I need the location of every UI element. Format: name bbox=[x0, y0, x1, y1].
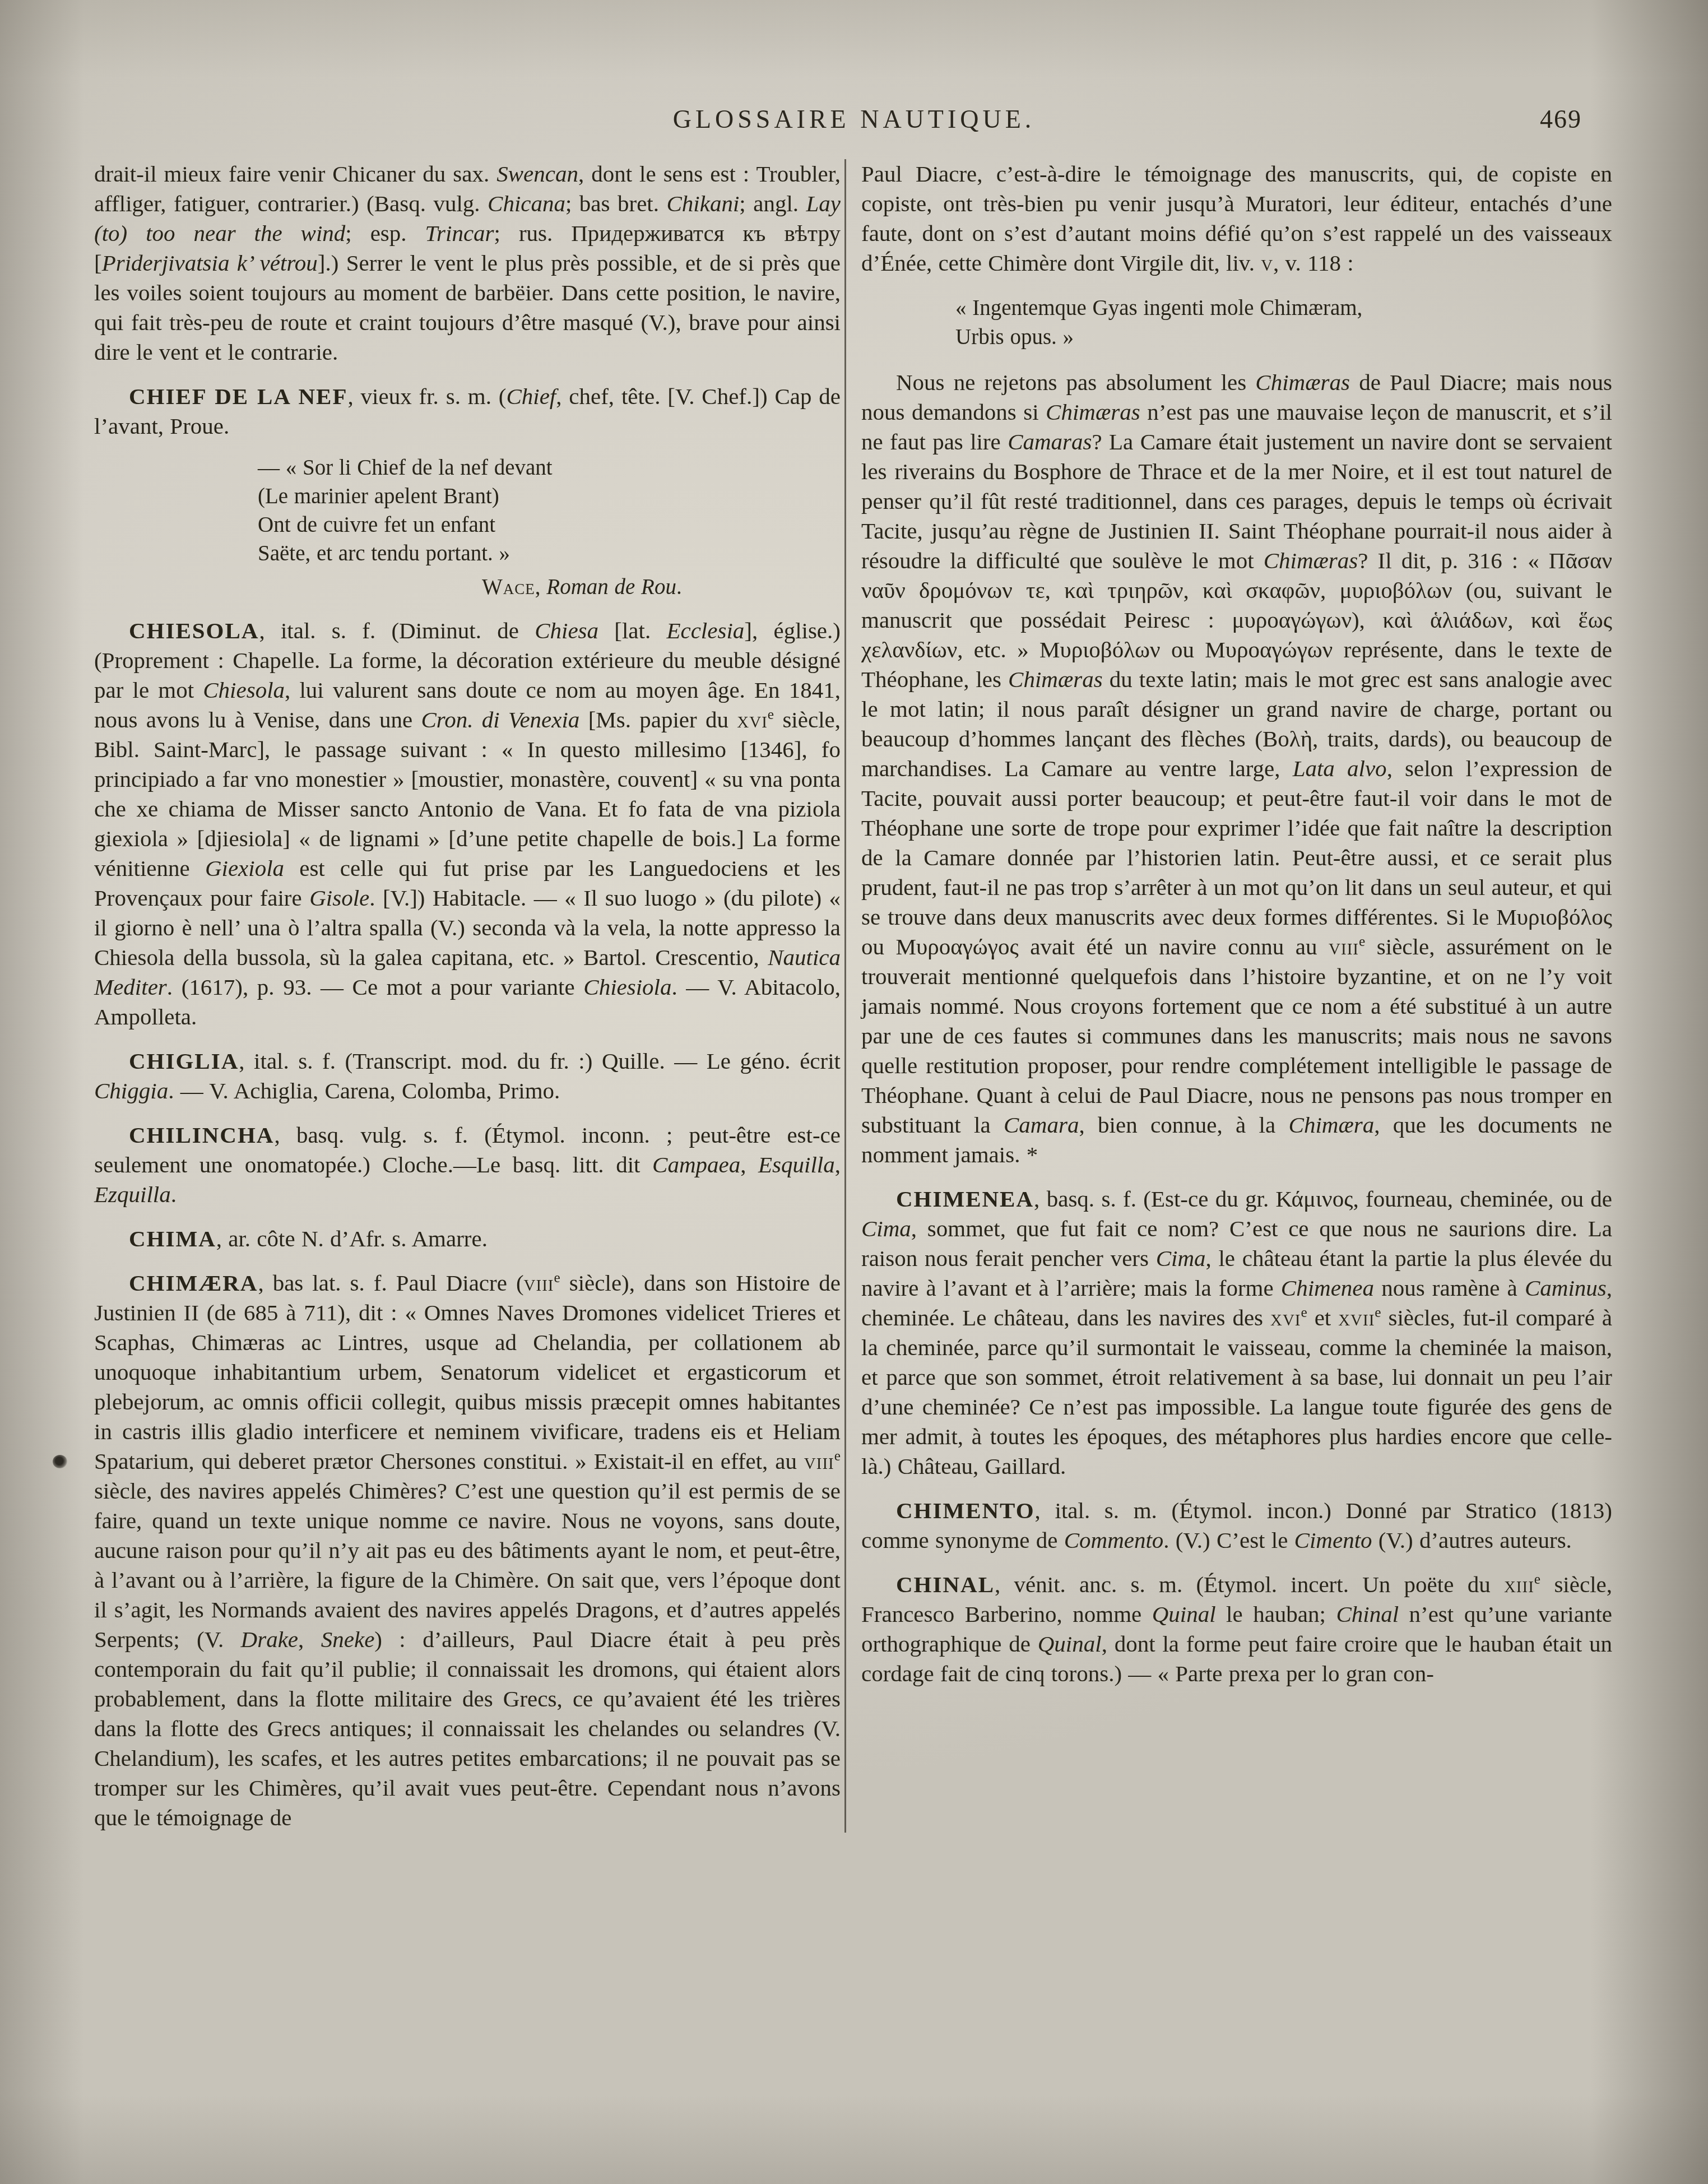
text-segment: Chiesola bbox=[203, 677, 285, 703]
text-segment: Chikani bbox=[666, 191, 739, 216]
text-segment: e bbox=[1534, 1571, 1540, 1587]
ink-spot bbox=[53, 1455, 67, 1468]
entry-chiglia: CHIGLIA, ital. s. f. (Transcript. mod. d… bbox=[94, 1046, 841, 1106]
text-segment: Paul Diacre, c’est-à-dire le témoignage … bbox=[861, 161, 1612, 276]
verse-line: (Le marinier apelent Brant) bbox=[258, 482, 841, 511]
verse-line: Saëte, et arc tendu portant. » bbox=[258, 539, 841, 568]
text-segment: Chimæras bbox=[1255, 369, 1350, 395]
text-segment: , bbox=[298, 1626, 321, 1652]
text-segment: ; esp. bbox=[345, 220, 425, 246]
text-segment: siècles, fut-il comparé à la cheminée, p… bbox=[861, 1305, 1612, 1479]
text-segment: , vénit. anc. s. m. (Étymol. incert. Un … bbox=[995, 1571, 1504, 1597]
text-segment: , ar. côte N. d’Afr. s. Amarre. bbox=[216, 1226, 488, 1251]
text-segment: Saëte, et arc tendu portant. » bbox=[258, 541, 510, 565]
text-segment: . (V.) C’est le bbox=[1163, 1527, 1294, 1553]
left-column: drait-il mieux faire venir Chicaner du s… bbox=[94, 159, 841, 1833]
entry-chief-de-la-nef: CHIEF DE LA NEF, vieux fr. s. m. (Chief,… bbox=[94, 382, 841, 441]
text-segment: xvii bbox=[1338, 1305, 1375, 1330]
text-segment: Chief bbox=[506, 383, 556, 409]
entry-chimaera: CHIMÆRA, bas lat. s. f. Paul Diacre (vii… bbox=[94, 1268, 841, 1833]
entry-headword: CHIGLIA bbox=[129, 1048, 239, 1074]
right-column: Paul Diacre, c’est-à-dire le témoignage … bbox=[861, 159, 1612, 1833]
text-segment: , bbox=[740, 1152, 758, 1177]
text-segment: Drake bbox=[241, 1626, 298, 1652]
text-segment: xvi bbox=[1270, 1305, 1301, 1330]
text-segment: Camaras bbox=[1008, 429, 1092, 455]
text-segment: Quinal bbox=[1038, 1631, 1102, 1657]
text-segment: e bbox=[1375, 1305, 1381, 1320]
text-segment: ; angl. bbox=[739, 191, 806, 216]
entry-chinal: CHINAL, vénit. anc. s. m. (Étymol. incer… bbox=[861, 1570, 1612, 1689]
text-segment: « Ingentemque Gyas ingenti mole Chimæram… bbox=[955, 296, 1362, 320]
text-segment: Chimenea bbox=[1281, 1275, 1374, 1301]
text-segment: siècle, assurément on le trouverait ment… bbox=[861, 934, 1612, 1138]
text-segment: , bbox=[835, 1152, 841, 1177]
entry-chima: CHIMA, ar. côte N. d’Afr. s. Amarre. bbox=[94, 1224, 841, 1254]
text-segment: Lata alvo bbox=[1293, 755, 1387, 781]
running-head: GLOSSAIRE NAUTIQUE. 469 bbox=[0, 104, 1708, 138]
entry-headword: CHINAL bbox=[896, 1571, 995, 1597]
text-segment: Campaea bbox=[652, 1152, 740, 1177]
text-segment: Sneke bbox=[321, 1626, 375, 1652]
text-segment: Chimæras bbox=[1008, 666, 1103, 692]
entry-headword: CHILINCHA bbox=[129, 1122, 274, 1148]
text-segment: Cima bbox=[861, 1216, 911, 1241]
entry-headword: CHIMENEA bbox=[896, 1186, 1034, 1212]
text-segment: le hauban; bbox=[1216, 1601, 1336, 1627]
entry-headword: CHIMENTO bbox=[896, 1497, 1035, 1523]
text-segment: Chimæra bbox=[1289, 1112, 1375, 1138]
text-segment: — « Sor li Chief de la nef devant bbox=[258, 456, 553, 480]
text-segment: . — V. Achiglia, Carena, Colomba, Primo. bbox=[168, 1078, 560, 1103]
text-segment: Cima bbox=[1156, 1245, 1206, 1271]
text-segment: Quinal bbox=[1152, 1601, 1216, 1627]
continuation-paragraph: Paul Diacre, c’est-à-dire le témoignage … bbox=[861, 159, 1612, 278]
entry-chilincha: CHILINCHA, basq. vulg. s. f. (Étymol. in… bbox=[94, 1120, 841, 1209]
text-segment: viii bbox=[1329, 934, 1359, 959]
text-segment: nous ramène à bbox=[1374, 1275, 1525, 1301]
text-segment: , v. 118 : bbox=[1273, 250, 1353, 276]
verse-quote: — « Sor li Chief de la nef devant(Le mar… bbox=[258, 453, 841, 568]
text-segment: Ezquilla bbox=[94, 1181, 171, 1207]
verse-line: Urbis opus. » bbox=[955, 323, 1612, 352]
text-segment: xvi bbox=[737, 707, 768, 732]
text-segment: Caminus bbox=[1525, 1275, 1607, 1301]
text-segment: e bbox=[1301, 1305, 1307, 1320]
text-segment: Priderjivatsia k’ vétrou bbox=[102, 250, 318, 276]
text-segment: Esquilla bbox=[758, 1152, 835, 1177]
text-segment: , ital. s. f. (Diminut. de bbox=[259, 618, 535, 643]
text-segment: , ital. s. f. (Transcript. mod. du fr. :… bbox=[239, 1048, 841, 1074]
latin-quote: « Ingentemque Gyas ingenti mole Chimæram… bbox=[955, 294, 1612, 352]
text-segment: , basq. s. f. (Est-ce du gr. Κάμινος, fo… bbox=[1034, 1186, 1612, 1212]
text-segment: Chinal bbox=[1336, 1601, 1399, 1627]
text-segment: [Ms. papier du bbox=[579, 707, 737, 732]
text-segment: siècle), dans son Histoire de Justinien … bbox=[94, 1270, 841, 1474]
text-segment: (V.) d’autres auteurs. bbox=[1372, 1527, 1572, 1553]
text-segment: Chimæras bbox=[1046, 399, 1140, 425]
verse-line: Ont de cuivre fet un enfant bbox=[258, 511, 841, 539]
text-segment: , bbox=[535, 575, 547, 599]
text-segment: Ont de cuivre fet un enfant bbox=[258, 513, 495, 537]
page-title: GLOSSAIRE NAUTIQUE. bbox=[673, 104, 1036, 134]
text-segment: Cimento bbox=[1294, 1527, 1372, 1553]
text-segment: Roman de Rou bbox=[546, 575, 676, 599]
text-segment: . bbox=[171, 1181, 177, 1207]
verse-line: — « Sor li Chief de la nef devant bbox=[258, 453, 841, 482]
text-segment: ) : d’ailleurs, Paul Diacre était à peu … bbox=[94, 1626, 841, 1830]
text-segment: Chiesa bbox=[535, 618, 598, 643]
text-segment: Chimæras bbox=[1264, 548, 1358, 573]
text-segment: Giexiola bbox=[205, 855, 284, 881]
text-segment: Wace bbox=[482, 575, 535, 599]
text-segment: e bbox=[554, 1270, 560, 1286]
text-segment: Cron. di Venexia bbox=[421, 707, 579, 732]
text-segment: Camara bbox=[1004, 1112, 1079, 1138]
entry-headword: CHIMÆRA bbox=[129, 1270, 258, 1296]
text-segment: Gisole bbox=[309, 885, 369, 911]
text-segment: , vieux fr. s. m. ( bbox=[348, 383, 507, 409]
entry-headword: CHIEF DE LA NEF bbox=[129, 383, 348, 409]
text-segment: Urbis opus. » bbox=[955, 325, 1074, 349]
text-segment: . bbox=[676, 575, 682, 599]
text-segment: , bas lat. s. f. Paul Diacre ( bbox=[258, 1270, 523, 1296]
text-segment: Ecclesia bbox=[666, 618, 744, 643]
text-segment: Swencan bbox=[496, 161, 578, 187]
entry-chimento: CHIMENTO, ital. s. m. (Étymol. incon.) D… bbox=[861, 1496, 1612, 1555]
text-segment: e bbox=[1359, 934, 1365, 949]
text-segment: , bien connue, à la bbox=[1079, 1112, 1288, 1138]
continuation-paragraph: drait-il mieux faire venir Chicaner du s… bbox=[94, 159, 841, 367]
text-segment: et bbox=[1307, 1305, 1338, 1330]
column-divider bbox=[844, 159, 846, 1833]
text-segment: [lat. bbox=[598, 618, 666, 643]
text-segment: Nous ne rejetons pas absolument les bbox=[896, 369, 1255, 395]
text-segment: (Le marinier apelent Brant) bbox=[258, 484, 499, 508]
text-segment: drait-il mieux faire venir Chicaner du s… bbox=[94, 161, 496, 187]
text-segment: e bbox=[768, 707, 774, 722]
entry-chiesola: CHIESOLA, ital. s. f. (Diminut. de Chies… bbox=[94, 616, 841, 1032]
text-segment: ; bas bret. bbox=[565, 191, 667, 216]
entry-headword: CHIESOLA bbox=[129, 618, 259, 643]
text-segment: Chicana bbox=[488, 191, 565, 216]
verse-line: « Ingentemque Gyas ingenti mole Chimæram… bbox=[955, 294, 1612, 323]
paragraph-chimaeras-discussion: Nous ne rejetons pas absolument les Chim… bbox=[861, 368, 1612, 1170]
text-segment: . (1617), p. 93. — Ce mot a pour variant… bbox=[167, 974, 583, 1000]
text-segment: e bbox=[834, 1448, 841, 1464]
text-segment: viii bbox=[524, 1270, 554, 1296]
text-segment: viii bbox=[804, 1448, 834, 1474]
page-number: 469 bbox=[1540, 104, 1582, 134]
text-segment: Chiggia bbox=[94, 1078, 168, 1103]
text-segment: Commento bbox=[1064, 1527, 1164, 1553]
text-columns: drait-il mieux faire venir Chicaner du s… bbox=[94, 159, 1614, 1833]
entry-chimenea: CHIMENEA, basq. s. f. (Est-ce du gr. Κάμ… bbox=[861, 1184, 1612, 1481]
text-segment: xiii bbox=[1504, 1571, 1534, 1597]
verse-attribution: Wace, Roman de Rou. bbox=[482, 573, 841, 601]
text-segment: Chiesiola bbox=[583, 974, 671, 1000]
text-segment: , selon l’expression de Tacite, pouvait … bbox=[861, 755, 1612, 959]
text-segment: Trincar bbox=[425, 220, 494, 246]
text-segment: v bbox=[1261, 250, 1273, 276]
entry-headword: CHIMA bbox=[129, 1226, 216, 1251]
